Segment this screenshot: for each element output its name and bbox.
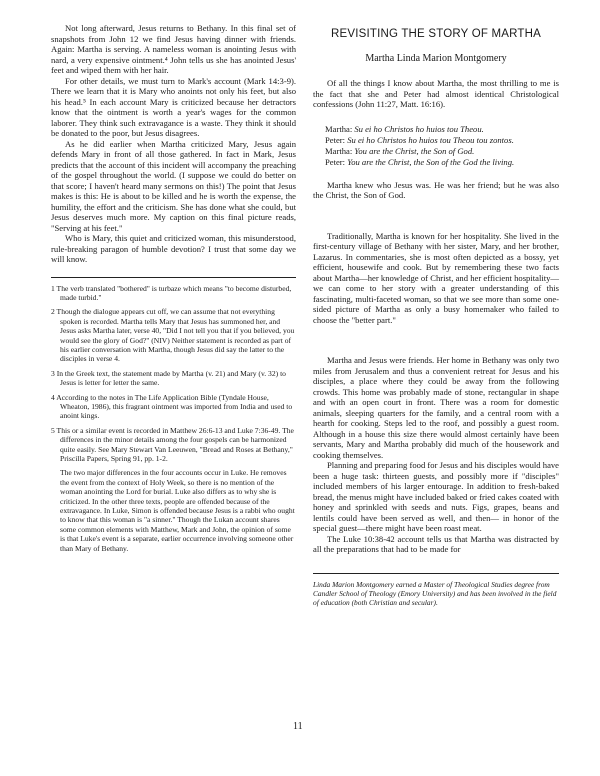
bio-divider <box>313 573 559 574</box>
confession-line: Peter: You are the Christ, the Son of th… <box>325 157 559 168</box>
confession-line: Martha: You are the Christ, the Son of G… <box>325 146 559 157</box>
right-column: REVISITING THE STORY OF MARTHA Martha Li… <box>313 23 559 607</box>
article-title: REVISITING THE STORY OF MARTHA <box>313 29 559 40</box>
author-bio: Linda Marion Montgomery earned a Master … <box>313 580 559 608</box>
footnote-3: 3 In the Greek text, the statement made … <box>51 369 296 388</box>
intro-paragraph: Of all the things I know about Martha, t… <box>313 78 559 110</box>
body-paragraph: Traditionally, Martha is known for her h… <box>313 231 559 326</box>
page-number: 11 <box>293 721 303 732</box>
footnote-divider <box>51 277 296 278</box>
body-paragraph: The Luke 10:38-42 account tells us that … <box>313 534 559 555</box>
footnote-1: 1 The verb translated "bothered" is turb… <box>51 284 296 303</box>
footnote-5: 5 This or a similar event is recorded in… <box>51 426 296 464</box>
body-paragraph: Planning and preparing food for Jesus an… <box>313 460 559 534</box>
confession-line: Peter: Su ei ho Christos ho huios tou Th… <box>325 135 559 146</box>
confessions-block: Martha: Su ei ho Christos ho huios tou T… <box>325 124 559 168</box>
footnote-2: 2 Though the dialogue appears cut off, w… <box>51 307 296 363</box>
body-paragraph: Martha and Jesus were friends. Her home … <box>313 355 559 460</box>
left-column: Not long afterward, Jesus returns to Bet… <box>51 23 296 558</box>
body-paragraph: Martha knew who Jesus was. He was her fr… <box>313 180 559 201</box>
body-paragraph: As he did earlier when Martha criticized… <box>51 139 296 234</box>
body-paragraph: For other details, we must turn to Mark'… <box>51 76 296 139</box>
article-author: Martha Linda Marion Montgomery <box>313 54 559 65</box>
body-paragraph: Who is Mary, this quiet and criticized w… <box>51 233 296 265</box>
body-paragraph: Not long afterward, Jesus returns to Bet… <box>51 23 296 76</box>
footnote-5-continued: The two major differences in the four ac… <box>51 468 296 553</box>
confession-line: Martha: Su ei ho Christos ho huios tou T… <box>325 124 559 135</box>
footnote-4: 4 According to the notes in The Life App… <box>51 393 296 421</box>
